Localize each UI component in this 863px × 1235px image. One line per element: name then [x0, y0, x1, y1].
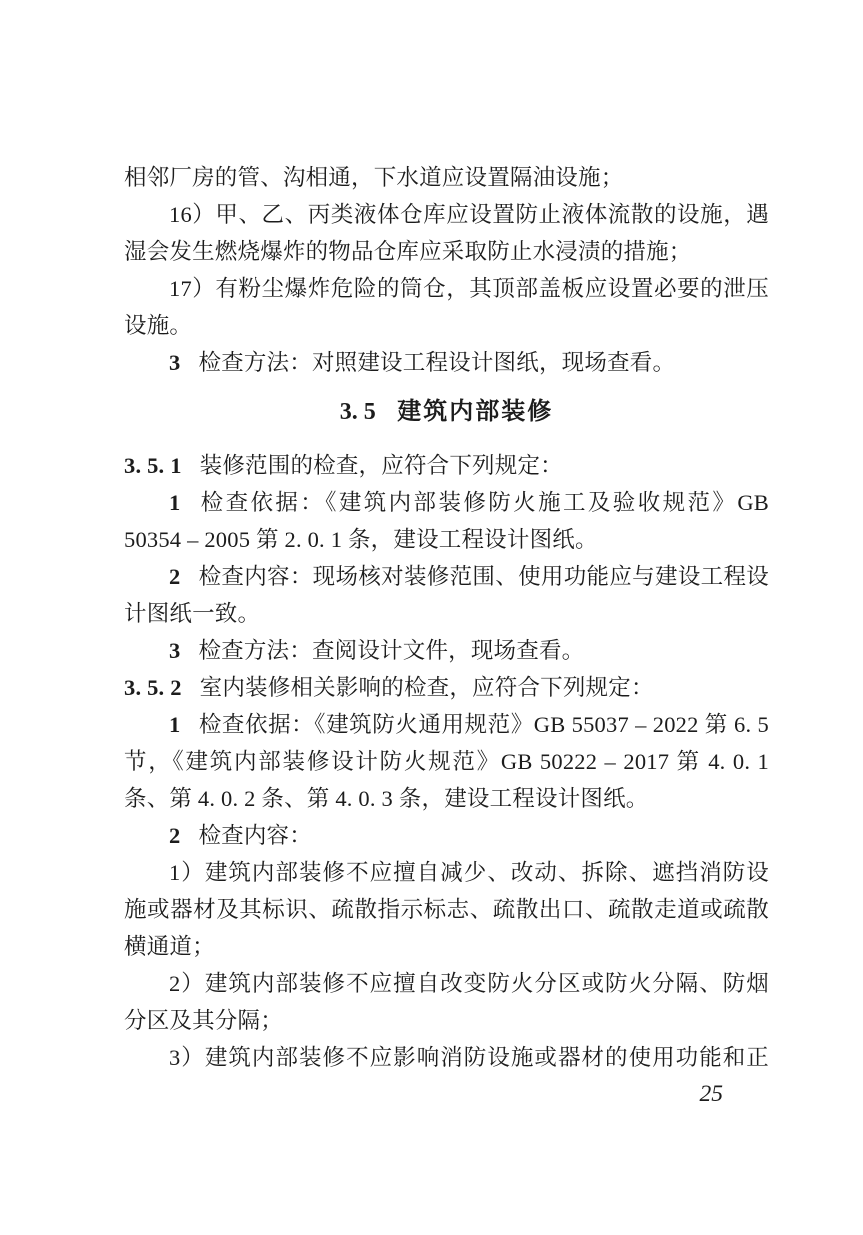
body-paragraph: 2检查内容： [124, 817, 769, 854]
body-paragraph: 3检查方法：查阅设计文件，现场查看。 [124, 632, 769, 669]
paragraph-text: 检查方法：对照建设工程设计图纸，现场查看。 [198, 350, 675, 375]
body-paragraph: 3检查方法：对照建设工程设计图纸，现场查看。 [124, 344, 769, 381]
paragraph-number: 2 [169, 823, 180, 848]
body-paragraph: 17）有粉尘爆炸危险的筒仓，其顶部盖板应设置必要的泄压设施。 [124, 270, 769, 344]
paragraph-text: 17）有粉尘爆炸危险的筒仓，其顶部盖板应设置必要的泄压设施。 [124, 276, 769, 338]
paragraph-number: 1 [169, 712, 180, 737]
body-paragraph: 2）建筑内部装修不应擅自改变防火分区或防火分隔、防烟分区及其分隔； [124, 965, 769, 1039]
clause-paragraph: 3. 5. 1装修范围的检查，应符合下列规定： [124, 447, 769, 484]
body-paragraph: 1检查依据：《建筑防火通用规范》GB 55037 – 2022 第 6. 5 节… [124, 706, 769, 817]
section-number: 3. 5 [340, 399, 376, 425]
paragraph-number: 3 [169, 350, 180, 375]
paragraph-text: 室内装修相关影响的检查，应符合下列规定： [200, 675, 654, 700]
clause-paragraph: 3. 5. 2室内装修相关影响的检查，应符合下列规定： [124, 669, 769, 706]
body-paragraph-truncated: 3）建筑内部装修不应影响消防设施或器材的使用功能和正 [124, 1039, 769, 1076]
text-column: 相邻厂房的管、沟相通，下水道应设置隔油设施； 16）甲、乙、丙类液体仓库应设置防… [124, 159, 769, 1115]
paragraph-text: 检查内容：现场核对装修范围、使用功能应与建设工程设计图纸一致。 [124, 564, 769, 626]
section-heading: 3. 5建筑内部装修 [124, 393, 769, 431]
paragraph-text: 相邻厂房的管、沟相通，下水道应设置隔油设施； [124, 165, 623, 190]
paragraph-text: 3）建筑内部装修不应影响消防设施或器材的使用功能和正 [169, 1045, 769, 1070]
document-page: 相邻厂房的管、沟相通，下水道应设置隔油设施； 16）甲、乙、丙类液体仓库应设置防… [0, 0, 863, 1235]
body-paragraph: 1）建筑内部装修不应擅自减少、改动、拆除、遮挡消防设施或器材及其标识、疏散指示标… [124, 854, 769, 965]
clause-number: 3. 5. 1 [124, 453, 182, 478]
body-paragraph: 1检查依据：《建筑内部装修防火施工及验收规范》GB 50354 – 2005 第… [124, 484, 769, 558]
section-title: 建筑内部装修 [397, 398, 553, 425]
paragraph-text: 检查依据：《建筑内部装修防火施工及验收规范》GB 50354 – 2005 第 … [124, 490, 769, 552]
paragraph-text: 1）建筑内部装修不应擅自减少、改动、拆除、遮挡消防设施或器材及其标识、疏散指示标… [124, 860, 769, 959]
paragraph-number: 3 [169, 638, 180, 663]
paragraph-text: 装修范围的检查，应符合下列规定： [200, 453, 563, 478]
page-number: 25 [700, 1081, 724, 1107]
clause-number: 3. 5. 2 [124, 675, 182, 700]
paragraph-text: 检查方法：查阅设计文件，现场查看。 [198, 638, 584, 663]
body-paragraph: 相邻厂房的管、沟相通，下水道应设置隔油设施； [124, 159, 769, 196]
paragraph-number: 2 [169, 564, 180, 589]
paragraph-text: 16）甲、乙、丙类液体仓库应设置防止液体流散的设施，遇湿会发生燃烧爆炸的物品仓库… [124, 202, 769, 264]
paragraph-text: 2）建筑内部装修不应擅自改变防火分区或防火分隔、防烟分区及其分隔； [124, 971, 769, 1033]
paragraph-number: 1 [169, 490, 180, 515]
paragraph-text: 检查内容： [198, 823, 312, 848]
paragraph-text: 检查依据：《建筑防火通用规范》GB 55037 – 2022 第 6. 5 节，… [124, 712, 769, 811]
page-footer: 25 [124, 1076, 769, 1115]
body-paragraph: 2检查内容：现场核对装修范围、使用功能应与建设工程设计图纸一致。 [124, 558, 769, 632]
body-paragraph: 16）甲、乙、丙类液体仓库应设置防止液体流散的设施，遇湿会发生燃烧爆炸的物品仓库… [124, 196, 769, 270]
